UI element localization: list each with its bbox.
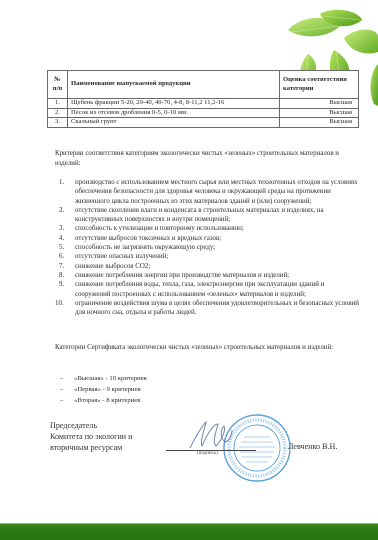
handwritten-signature-icon bbox=[186, 418, 236, 452]
criteria-item: 4.отсутствие выбросов токсичных и вредны… bbox=[55, 234, 360, 243]
criteria-text: снижение потребления энергии при произво… bbox=[75, 272, 289, 279]
category-item: –«Вторая» - 8 критериев bbox=[60, 395, 147, 406]
criteria-number: 8. bbox=[59, 271, 64, 280]
row-grade: Высшая bbox=[280, 118, 359, 128]
row-num: 3. bbox=[48, 118, 68, 128]
criteria-number: 7. bbox=[59, 262, 64, 271]
categories-intro: Категории Сертификата экологически чисты… bbox=[55, 343, 360, 353]
criteria-text: отсутствие скопления влаги и конденсата … bbox=[75, 207, 324, 223]
categories-list: –«Высшая» - 10 критериев –«Первая» - 9 к… bbox=[60, 373, 147, 407]
row-grade: Высшая bbox=[280, 108, 359, 118]
row-name: Песок из отсевов дробления 0-5, 0-10 мм. bbox=[68, 108, 280, 118]
table-row: 1. Щебень фракции 5-20, 20-40, 40-70, 4-… bbox=[48, 99, 359, 109]
category-text: «Вторая» - 8 критериев bbox=[74, 397, 140, 404]
criteria-number: 6. bbox=[59, 252, 64, 261]
row-num: 1. bbox=[48, 99, 68, 109]
signatory-name: Левченко В.Н. bbox=[288, 442, 337, 451]
dash-bullet: – bbox=[60, 395, 63, 406]
criteria-text: способность к утилизации и повторному ис… bbox=[75, 225, 244, 232]
criteria-text: отсутствие опасных излучений; bbox=[75, 253, 168, 260]
dash-bullet: – bbox=[60, 373, 63, 384]
signatory-title: Председатель Комитета по экологии и втор… bbox=[50, 421, 132, 453]
criteria-number: 3. bbox=[59, 224, 64, 233]
criteria-text: ограничение воздействия шума в целях обе… bbox=[75, 300, 359, 316]
category-text: «Высшая» - 10 критериев bbox=[74, 375, 147, 382]
criteria-number: 1. bbox=[59, 178, 64, 187]
criteria-number: 9. bbox=[59, 280, 64, 289]
criteria-item: 3.способность к утилизации и повторному … bbox=[55, 224, 360, 233]
criteria-item: 5.способность не загрязнять окружающую с… bbox=[55, 243, 360, 252]
header-name: Наименование выпускаемой продукции bbox=[68, 71, 280, 99]
signature-caption: (подпись) bbox=[197, 451, 218, 456]
criteria-text: способность не загрязнять окружающую сре… bbox=[75, 244, 215, 251]
footer-green-band bbox=[0, 523, 378, 540]
row-name: Щебень фракции 5-20, 20-40, 40-70, 4-8, … bbox=[68, 99, 280, 109]
products-table: № п/п Наименование выпускаемой продукции… bbox=[47, 70, 359, 128]
category-text: «Первая» - 9 критериев bbox=[74, 386, 141, 393]
criteria-text: снижение потребления воды, тепла, газа, … bbox=[75, 281, 324, 297]
criteria-number: 5. bbox=[59, 243, 64, 252]
criteria-item: 1.производство с использованием местного… bbox=[55, 178, 360, 206]
criteria-item: 7.снижение выбросов СО2; bbox=[55, 262, 360, 271]
criteria-item: 9.снижение потребления воды, тепла, газа… bbox=[55, 280, 360, 299]
criteria-text: отсутствие выбросов токсичных и вредных … bbox=[75, 235, 221, 242]
criteria-list: 1.производство с использованием местного… bbox=[55, 178, 360, 317]
criteria-number: 4. bbox=[59, 234, 64, 243]
criteria-intro: Критерии соответствия категориям экологи… bbox=[55, 149, 355, 168]
row-name: Скальный грунт bbox=[68, 118, 280, 128]
table-row: 2. Песок из отсевов дробления 0-5, 0-10 … bbox=[48, 108, 359, 118]
criteria-number: 2. bbox=[59, 206, 64, 215]
criteria-item: 8.снижение потребления энергии при произ… bbox=[55, 271, 360, 280]
signatory-title-line: вторичным ресурсам bbox=[50, 443, 132, 454]
criteria-text: производство с использованием местного с… bbox=[75, 179, 358, 205]
header-grade: Оценка соответствия категории bbox=[280, 71, 359, 99]
criteria-item: 10.ограничение воздействия шума в целях … bbox=[55, 299, 360, 318]
dash-bullet: – bbox=[60, 384, 63, 395]
table-header-row: № п/п Наименование выпускаемой продукции… bbox=[48, 71, 359, 99]
row-grade: Высшая bbox=[280, 99, 359, 109]
criteria-item: 2.отсутствие скопления влаги и конденсат… bbox=[55, 206, 360, 225]
criteria-item: 6.отсутствие опасных излучений; bbox=[55, 252, 360, 261]
category-item: –«Первая» - 9 критериев bbox=[60, 384, 147, 395]
table-row: 3. Скальный грунт Высшая bbox=[48, 118, 359, 128]
signatory-title-line: Председатель bbox=[50, 421, 132, 432]
criteria-number: 10. bbox=[55, 299, 64, 308]
criteria-text: снижение выбросов СО2; bbox=[75, 263, 150, 270]
row-num: 2. bbox=[48, 108, 68, 118]
certificate-page: № п/п Наименование выпускаемой продукции… bbox=[0, 0, 378, 540]
header-num: № п/п bbox=[48, 71, 68, 99]
category-item: –«Высшая» - 10 критериев bbox=[60, 373, 147, 384]
signatory-title-line: Комитета по экологии и bbox=[50, 432, 132, 443]
